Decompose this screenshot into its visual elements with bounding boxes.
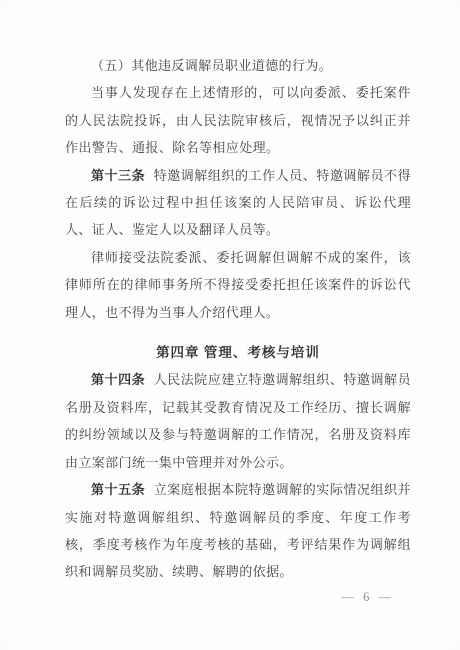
article-text: 人民法院应建立特邀调解组织、特邀调解员名册及资料库，记载其受教育情况及工作经历、…	[65, 372, 411, 469]
paragraph-article-13: 第十三条特邀调解组织的工作人员、特邀调解员不得在后续的诉讼过程中担任该案的人民陪…	[65, 162, 411, 244]
paragraph-complaint-procedure: 当事人发现存在上述情形的，可以向委派、委托案件的人民法院投诉，由人民法院审核后，…	[65, 79, 411, 161]
paragraph-article-14: 第十四条人民法院应建立特邀调解组织、特邀调解员名册及资料库，记载其受教育情况及工…	[65, 366, 411, 476]
paragraph-article-15: 第十五条立案庭根据本院特邀调解的实际情况组织并实施对特邀调解组织、特邀调解员的季…	[65, 476, 411, 586]
paragraph-text: 当事人发现存在上述情形的，可以向委派、委托案件的人民法院投诉，由人民法院审核后，…	[65, 85, 411, 155]
article-number: 第十三条	[91, 168, 145, 183]
chapter-heading-text: 第四章 管理、考核与培训	[156, 345, 320, 360]
document-page: （五）其他违反调解员职业道德的行为。 当事人发现存在上述情形的，可以向委派、委托…	[0, 0, 460, 650]
chapter-heading: 第四章 管理、考核与培训	[65, 339, 411, 366]
paragraph-item-5: （五）其他违反调解员职业道德的行为。	[65, 52, 411, 79]
paragraph-lawyer-restriction: 律师接受法院委派、委托调解但调解不成的案件，该律师所在的律师事务所不得接受委托担…	[65, 244, 411, 326]
page-body: （五）其他违反调解员职业道德的行为。 当事人发现存在上述情形的，可以向委派、委托…	[65, 52, 411, 586]
article-number: 第十四条	[91, 372, 145, 387]
paragraph-text: （五）其他违反调解员职业道德的行为。	[91, 58, 332, 73]
article-number: 第十五条	[91, 482, 145, 497]
page-number: — 6 —	[342, 590, 395, 605]
paragraph-text: 律师接受法院委派、委托调解但调解不成的案件，该律师所在的律师事务所不得接受委托担…	[65, 250, 411, 320]
